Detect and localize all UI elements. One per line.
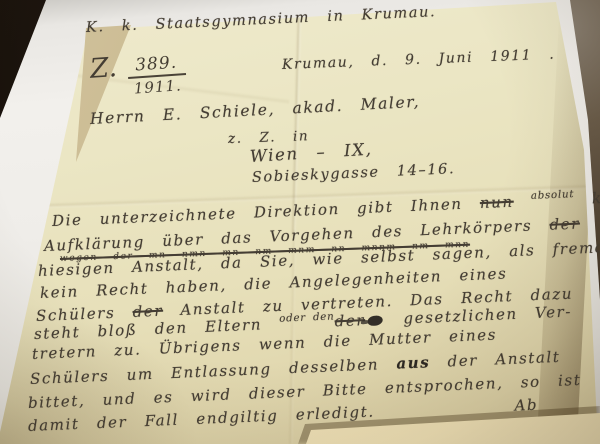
ink-blot: [368, 315, 383, 326]
recipient-name-line: Herrn E. Schiele, akad. Maler,: [90, 93, 421, 129]
reference-z: Z.: [89, 52, 118, 85]
recipient-street-line: Sobieskygasse 14–16.: [252, 161, 456, 187]
date-line: Krumau, d. 9. Juni 1911 .: [282, 47, 556, 74]
photo-background: Z. 389. 1911. K. k. Staatsgymnasium in K…: [0, 0, 600, 444]
reference-fraction: 389. 1911.: [127, 52, 188, 98]
reference-denominator: 1911.: [128, 75, 187, 98]
handwriting-layer: Z. 389. 1911. K. k. Staatsgymnasium in K…: [0, 0, 600, 444]
letterhead-line: K. k. Staatsgymnasium in Krumau.: [86, 4, 437, 37]
